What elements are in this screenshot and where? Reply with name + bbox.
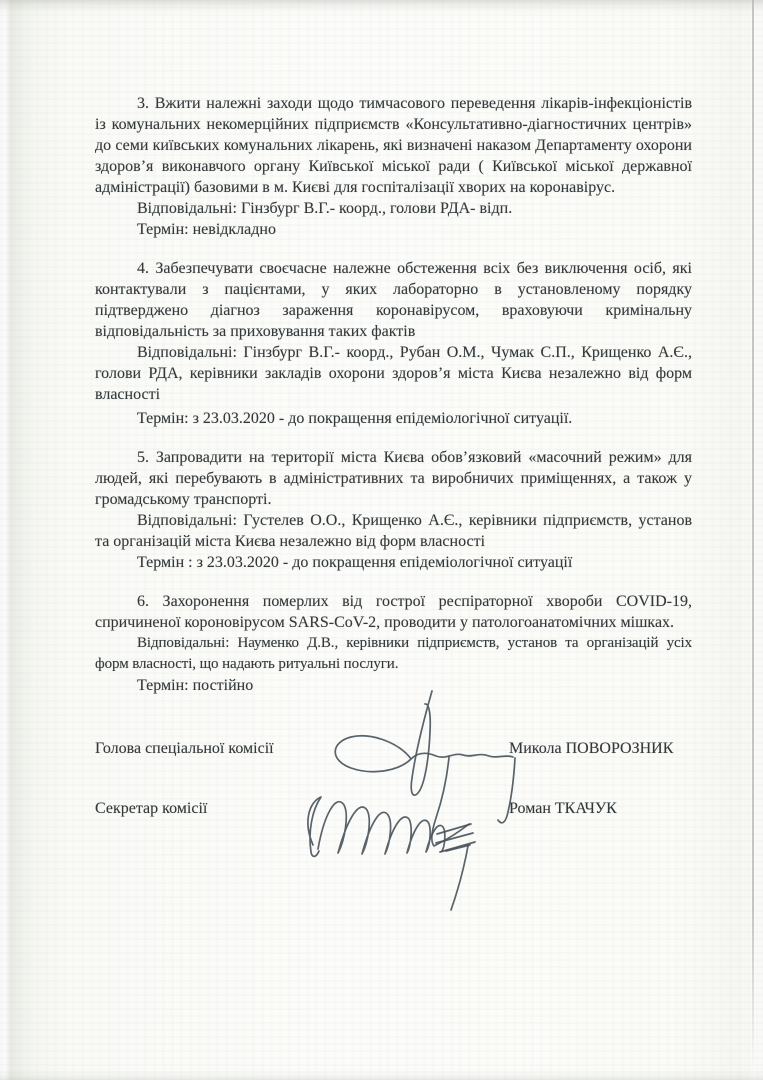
signatory-role: Секретар комісії	[95, 800, 207, 817]
signatory-role: Голова спеціальної комісії	[95, 740, 274, 757]
signature-row-secretary: Секретар комісії Роман ТКАЧУК	[95, 798, 692, 819]
signatory-name: Роман ТКАЧУК	[509, 798, 617, 819]
signature-row-chairman: Голова спеціальної комісії Микола ПОВОРО…	[95, 738, 692, 759]
paragraph-3-body: 3. Вжити належні заходи щодо тимчасового…	[95, 93, 692, 198]
document-content: 3. Вжити належні заходи щодо тимчасового…	[0, 0, 763, 819]
paragraph-3-term: Термін: невідкладно	[95, 219, 692, 240]
paragraph-4: 4. Забезпечувати своєчасне належне обсте…	[95, 258, 692, 429]
signature-block: Голова спеціальної комісії Микола ПОВОРО…	[95, 738, 692, 819]
paragraph-3: 3. Вжити належні заходи щодо тимчасового…	[95, 93, 692, 240]
paragraph-5-responsible: Відповідальні: Густелев О.О., Крищенко А…	[95, 510, 692, 552]
signatory-name: Микола ПОВОРОЗНИК	[509, 738, 673, 759]
paragraph-6: 6. Захоронення померлих від гострої респ…	[95, 591, 692, 696]
paragraph-3-responsible: Відповідальні: Гінзбург В.Г.- коорд., го…	[95, 198, 692, 219]
paragraph-4-term: Термін: з 23.03.2020 - до покращення епі…	[95, 408, 692, 429]
paragraph-6-body: 6. Захоронення померлих від гострої респ…	[95, 591, 692, 633]
paragraph-6-term: Термін: постійно	[95, 675, 692, 696]
paragraph-6-responsible: Відповідальні: Науменко Д.В., керівники …	[95, 633, 692, 675]
paragraph-5-term: Термін : з 23.03.2020 - до покращення еп…	[95, 552, 692, 573]
scanned-document-page: 3. Вжити належні заходи щодо тимчасового…	[0, 0, 763, 1080]
paragraph-5-body: 5. Запровадити на території міста Києва …	[95, 447, 692, 510]
paragraph-4-responsible: Відповідальні: Гінзбург В.Г.- коорд., Ру…	[95, 342, 692, 405]
paragraph-4-body: 4. Забезпечувати своєчасне належне обсте…	[95, 258, 692, 342]
paragraph-5: 5. Запровадити на території міста Києва …	[95, 447, 692, 573]
